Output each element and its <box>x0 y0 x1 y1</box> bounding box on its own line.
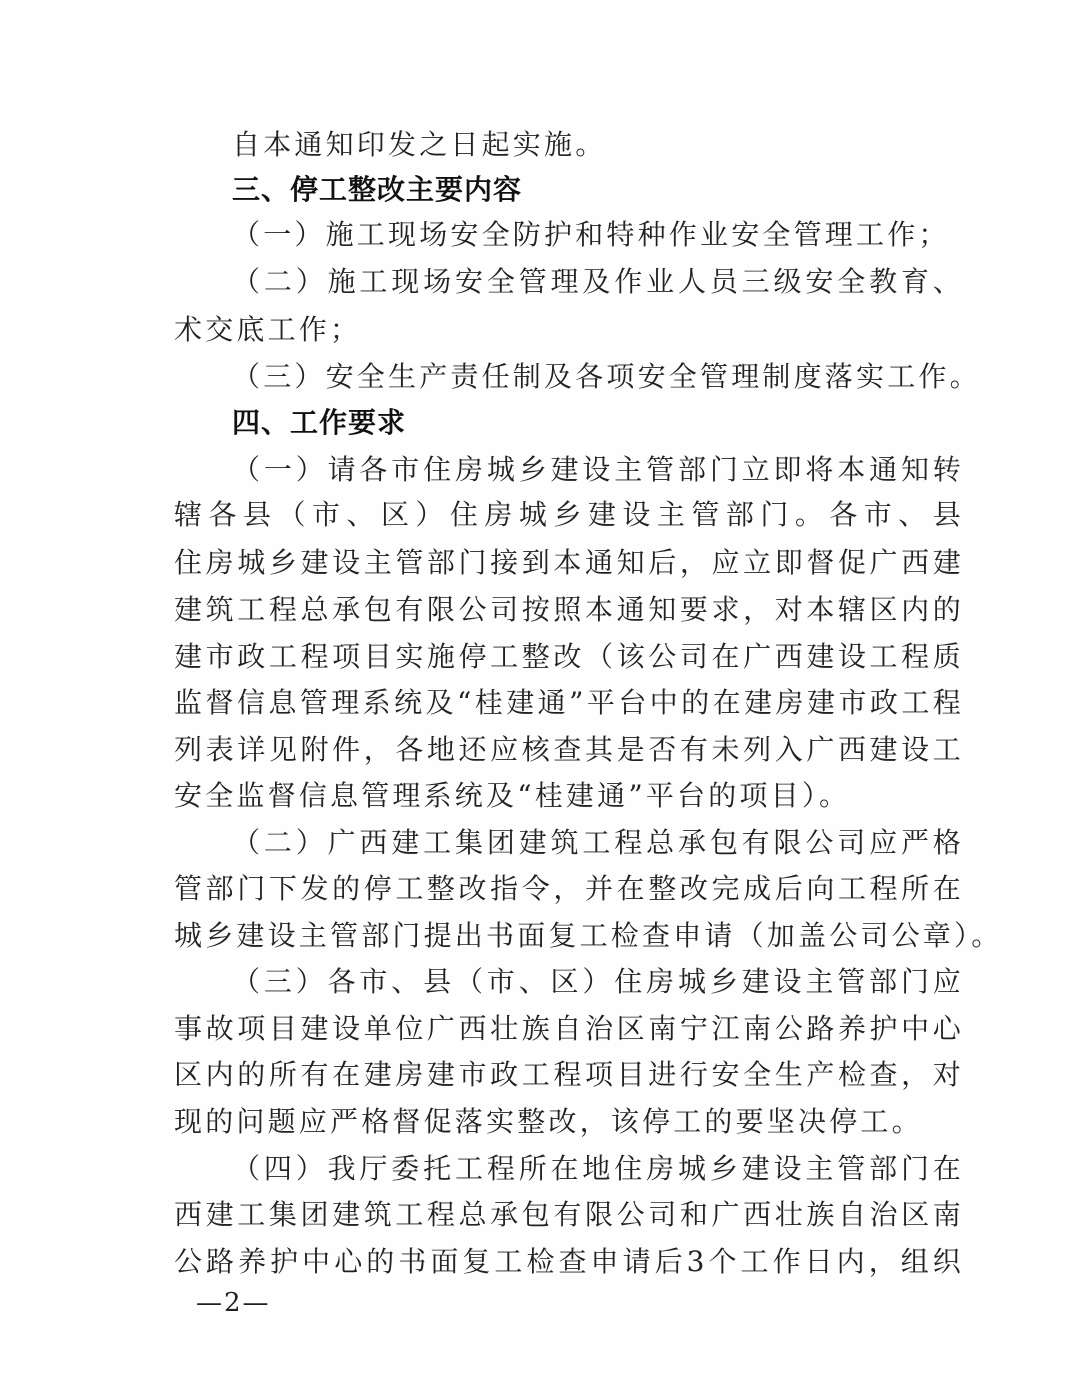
text-line: （三）各市、县（市、区）住房城乡建设主管部门应同时对 <box>232 962 964 1002</box>
page-number: —2— <box>196 1285 271 1321</box>
text-line: （三）安全生产责任制及各项安全管理制度落实工作。 <box>232 357 964 397</box>
text-line: 管部门下发的停工整改指令，并在整改完成后向工程所在地住房 <box>174 869 964 909</box>
text-line: 自本通知印发之日起实施。 <box>232 125 964 165</box>
text-line: 建筑工程总承包有限公司按照本通知要求，对本辖区内的在建房 <box>174 590 964 630</box>
text-line: （一）请各市住房城乡建设主管部门立即将本通知转发至所 <box>232 450 964 490</box>
text-line: 列表详见附件，各地还应核查其是否有未列入广西建设工程质量 <box>174 730 964 770</box>
text-line: 安全监督信息管理系统及“桂建通”平台的项目）。 <box>174 776 964 816</box>
text-line: 现的问题应严格督促落实整改，该停工的要坚决停工。 <box>174 1102 964 1142</box>
text-line: 建市政工程项目实施停工整改（该公司在广西建设工程质量安全 <box>174 637 964 677</box>
text-line: （四）我厅委托工程所在地住房城乡建设主管部门在接到广 <box>232 1149 964 1189</box>
document-page: 自本通知印发之日起实施。三、停工整改主要内容（一）施工现场安全防护和特种作业安全… <box>0 0 1080 1397</box>
text-line: 住房城乡建设主管部门接到本通知后，应立即督促广西建工集团 <box>174 543 964 583</box>
text-line: （一）施工现场安全防护和特种作业安全管理工作； <box>232 215 964 255</box>
text-line: （二）广西建工集团建筑工程总承包有限公司应严格执行主 <box>232 823 964 863</box>
text-line: 监督信息管理系统及“桂建通”平台中的在建房建市政工程项目 <box>174 683 964 723</box>
text-line: 区内的所有在建房建市政工程项目进行安全生产检查，对检查发 <box>174 1055 964 1095</box>
text-line: （二）施工现场安全管理及作业人员三级安全教育、安全技 <box>232 262 964 302</box>
text-line: 城乡建设主管部门提出书面复工检查申请（加盖公司公章）。 <box>174 916 964 956</box>
section-heading: 四、工作要求 <box>232 403 964 443</box>
section-heading: 三、停工整改主要内容 <box>232 170 964 210</box>
text-line: 辖各县（市、区）住房城乡建设主管部门。各市、县（市、区） <box>174 495 964 535</box>
text-line: 事故项目建设单位广西壮族自治区南宁江南公路养护中心在本辖 <box>174 1009 964 1049</box>
text-line: 公路养护中心的书面复工检查申请后3个工作日内，组织当地质 <box>174 1242 964 1282</box>
text-line: 西建工集团建筑工程总承包有限公司和广西壮族自治区南宁江南 <box>174 1195 964 1235</box>
text-line: 术交底工作； <box>174 310 964 350</box>
